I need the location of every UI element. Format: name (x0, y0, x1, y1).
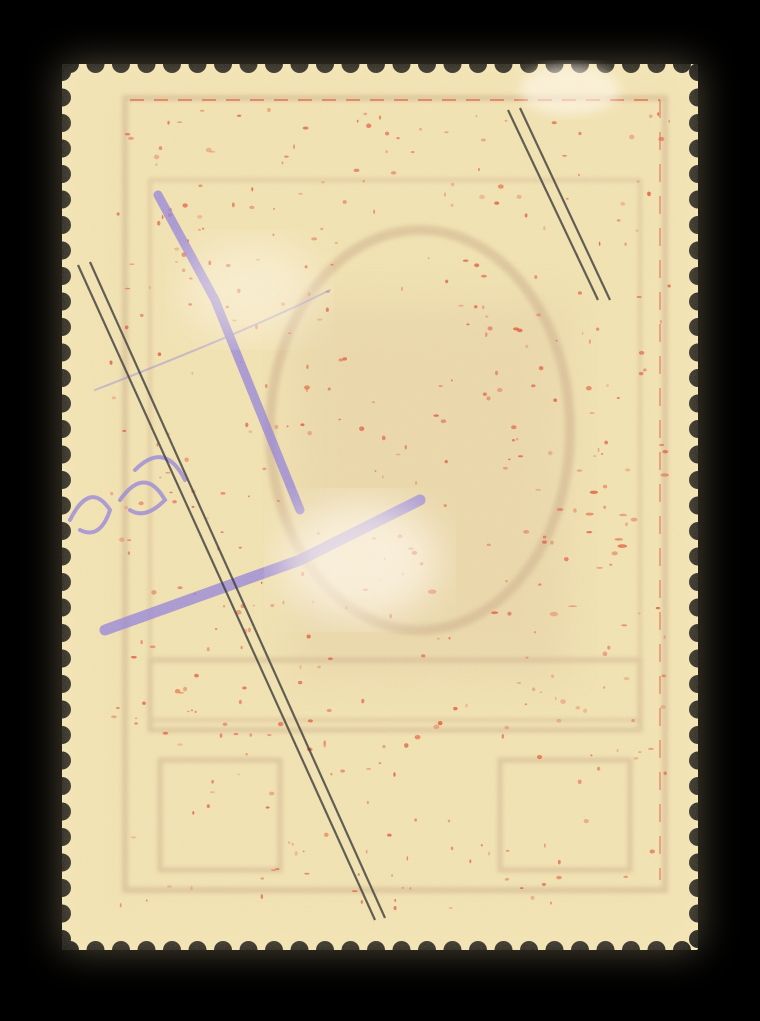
stamp-photo: Reverse side of a perforated postage sta… (0, 0, 760, 1021)
stamp-paper (53, 55, 707, 959)
stamp-illustration (0, 0, 760, 1021)
